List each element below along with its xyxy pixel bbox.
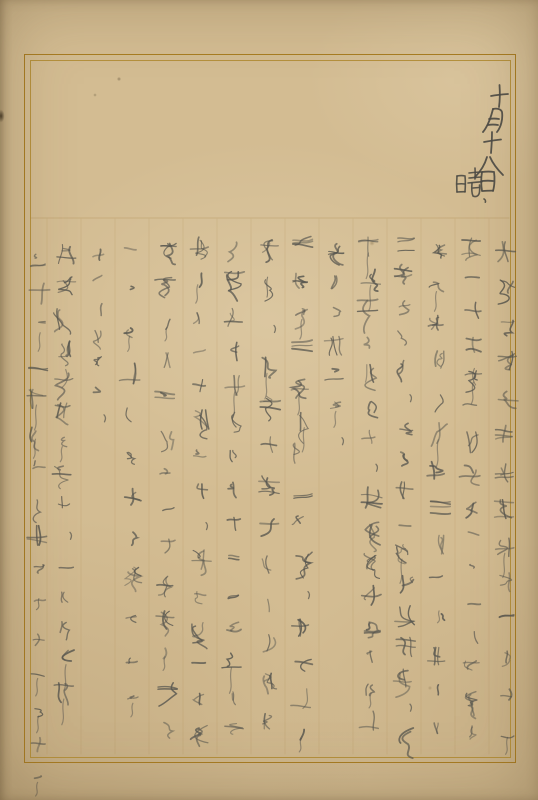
text-column-5: 水漂君も来りし。一時休憩大なる十 [356, 228, 384, 735]
column-text: 安めか大美し。 [322, 232, 346, 455]
column-text: 理をとりて呉れし。酒を飲むと文 [186, 228, 210, 750]
text-column-2: 昔の百姓君が来訪したるので直接に [458, 228, 486, 748]
text-column-11: 普痛が増悪もするも甲乳の痒く [152, 230, 180, 745]
column-text: それで解もの摂も食へつつ [118, 228, 142, 720]
text-column-6: 安めか大美し。 [322, 232, 350, 455]
column-text: で小館長王恩は気をまつて良い料 [220, 228, 244, 748]
weather-text: 晴 [452, 168, 476, 198]
column-text: 石錦純君と徐清老君をも招きて [424, 228, 448, 745]
column-text: 今日も第一種防空演習がありし [492, 230, 516, 748]
column-text: 陣情、神故書館落君と呉恩楼 [254, 228, 278, 740]
text-column-8: 陣情、神故書館落君と呉恩楼 [254, 228, 282, 740]
text-column-15: 至急の平癒をよく祈するそといふし [24, 240, 52, 795]
date-text: 十月十八日 [488, 80, 512, 195]
column-text: 水漂君も来りし。一時休憩大なる十 [356, 228, 380, 735]
text-column-9: で小館長王恩は気をまつて良い料 [220, 228, 248, 748]
text-column-7: 晩防空演習機動郭小漂、徐清去り [288, 226, 316, 750]
text-column-14: 恩師服部先生と会い、ゆめに巻子 [50, 238, 78, 705]
text-column-4: 晩餐ありし。その中に王鳥磁先生、郭 [390, 226, 418, 752]
text-column-10: 理をとりて呉れし。酒を飲むと文 [186, 228, 214, 750]
text-column-3: 石錦純君と徐清老君をも招きて [424, 228, 452, 745]
text-column-13: はありがたし。 [84, 240, 112, 430]
column-text: 恩師服部先生と会い、ゆめに巻子 [50, 238, 74, 705]
manuscript-page: 十月十八日 晴 今日も第一種防空演習がありし昔の百姓君が来訪したるので直接に石錦… [0, 0, 538, 800]
column-text: 晩防空演習機動郭小漂、徐清去り [288, 226, 312, 750]
column-text: 普痛が増悪もするも甲乳の痒く [152, 230, 176, 745]
text-column-1: 今日も第一種防空演習がありし [492, 230, 520, 748]
column-text: 晩餐ありし。その中に王鳥磁先生、郭 [390, 226, 414, 752]
column-text: はありがたし。 [84, 240, 108, 430]
text-column-12: それで解もの摂も食へつつ [118, 228, 146, 720]
column-text: 昔の百姓君が来訪したるので直接に [458, 228, 482, 748]
column-text: 至急の平癒をよく祈するそといふし [24, 240, 48, 795]
